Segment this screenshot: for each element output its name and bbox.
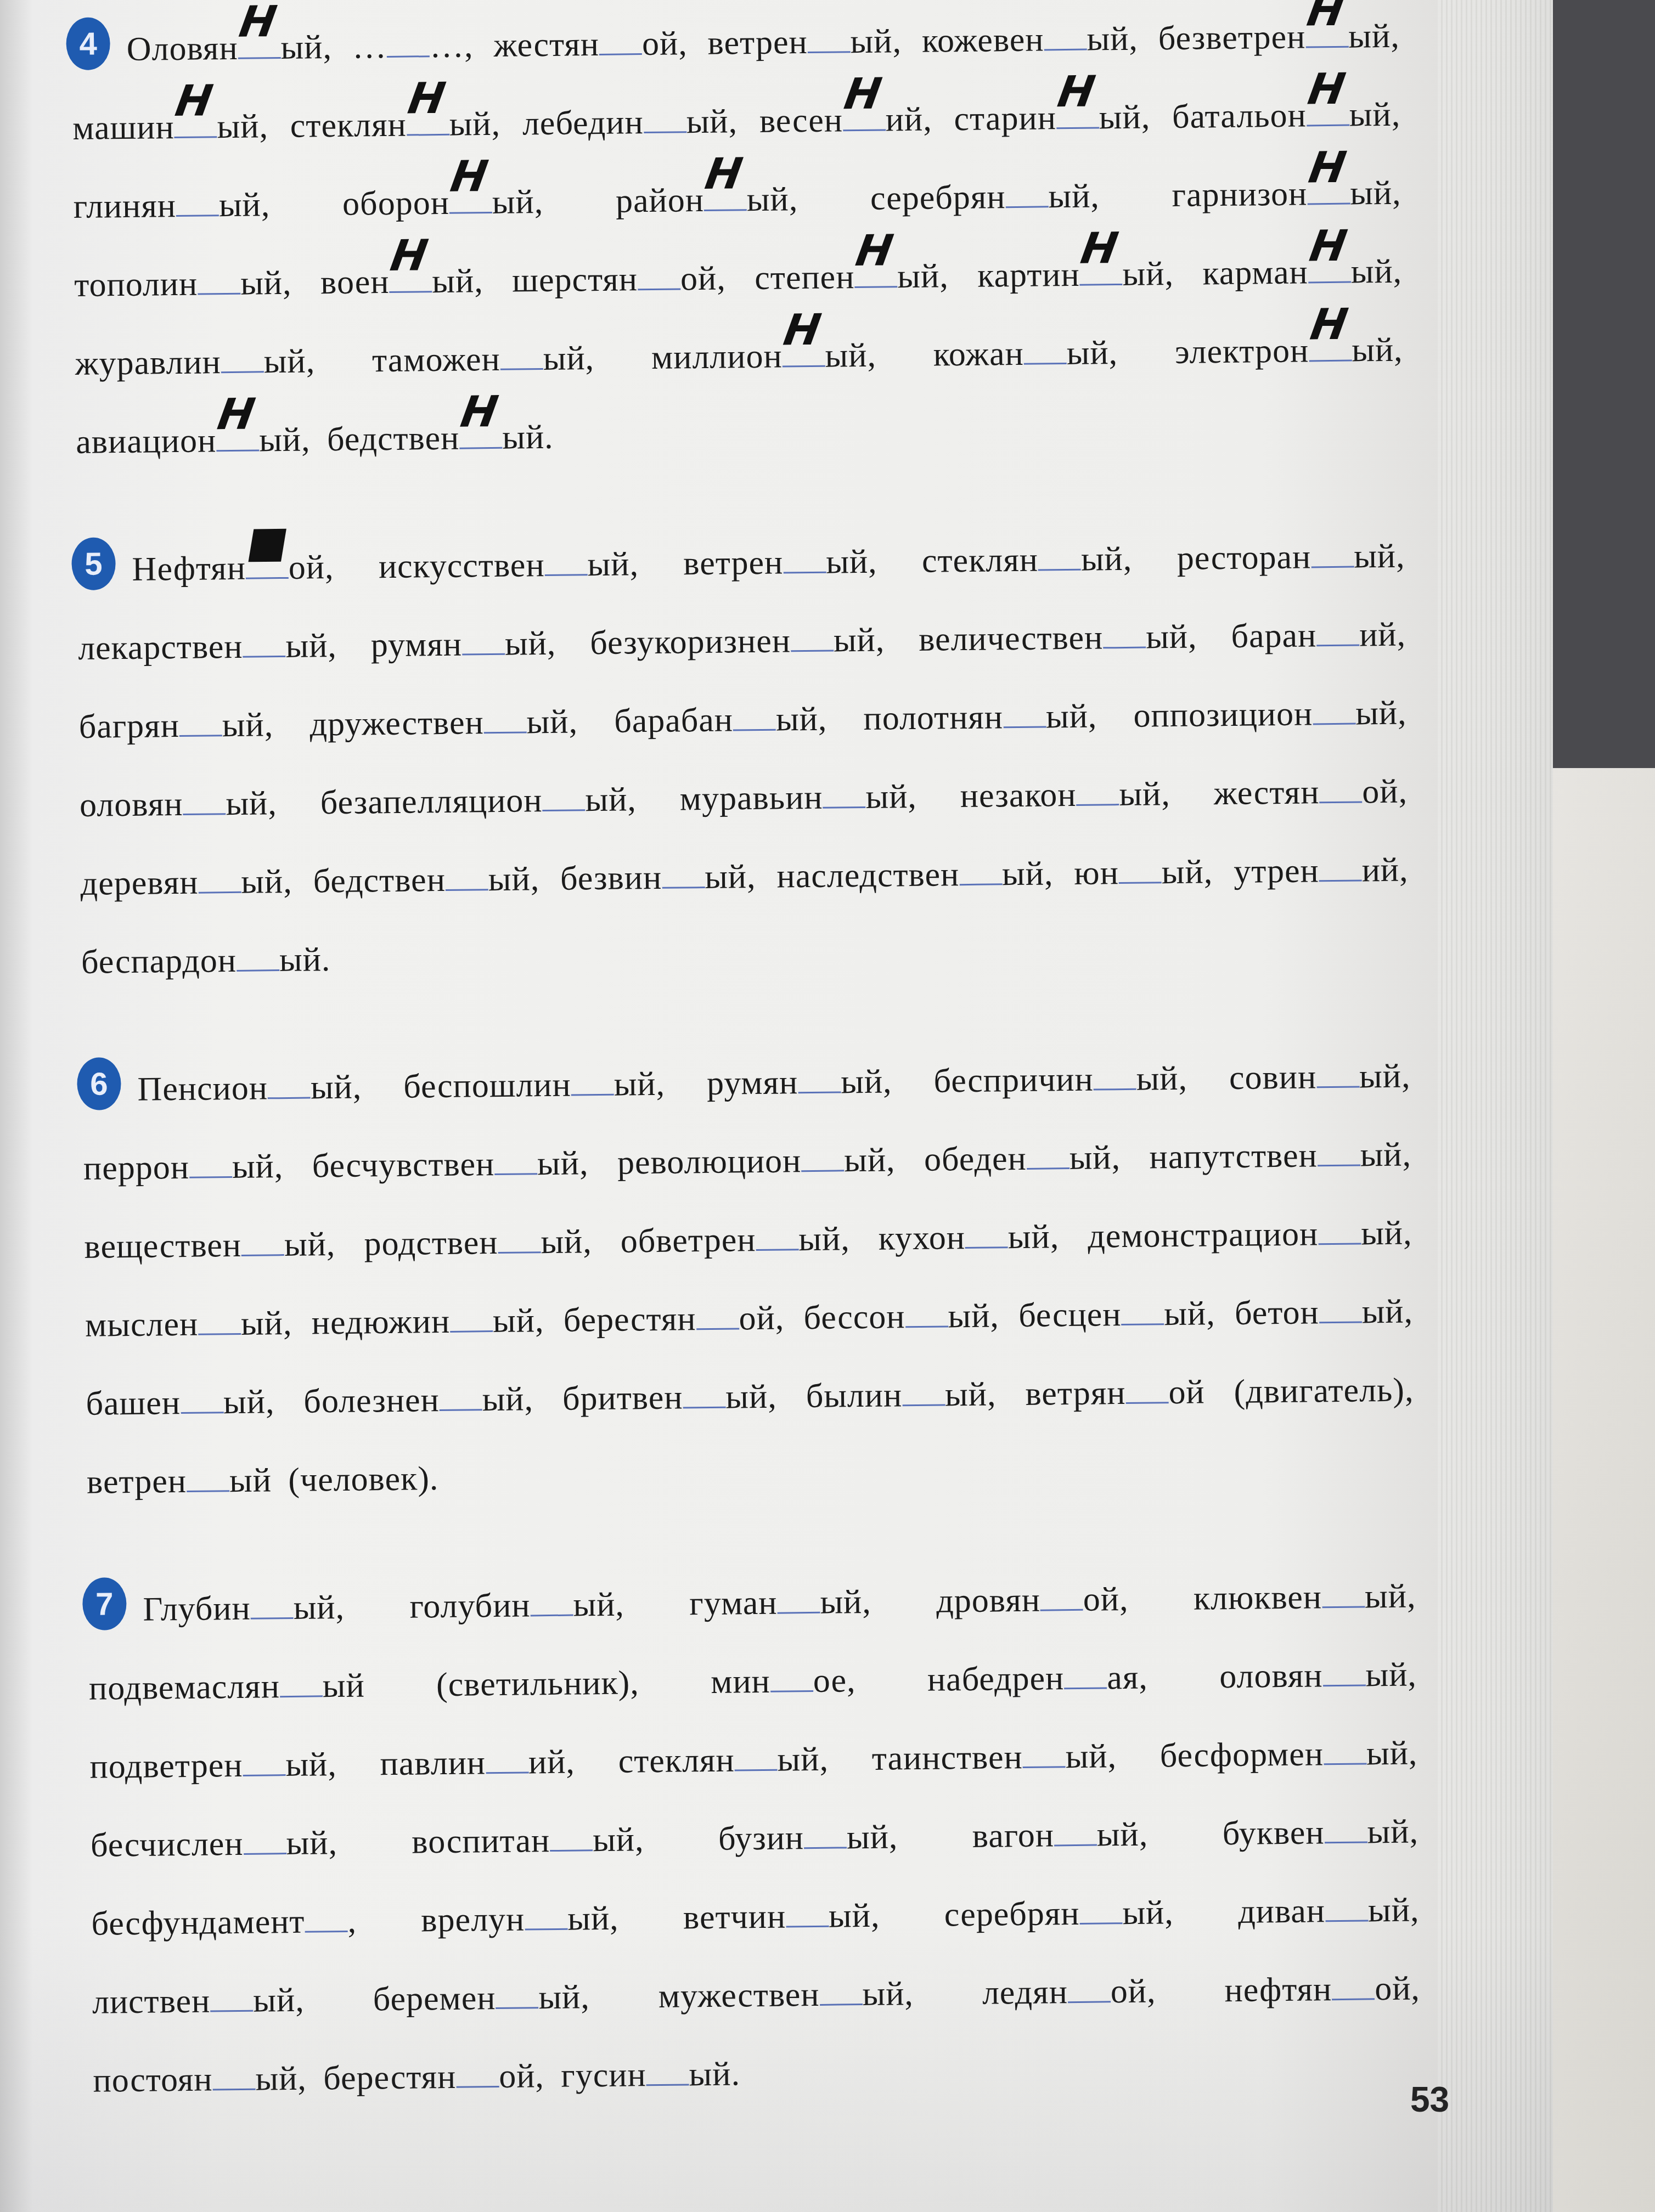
- exercise-word: глиняный: [73, 186, 261, 225]
- page-content: 4 ОловянНый, ……, жестяной, ветреный, кож…: [71, 0, 1422, 2170]
- fill-in-blank[interactable]: [243, 634, 285, 658]
- fill-in-blank[interactable]: [176, 193, 219, 217]
- exercise-word: гарнизонНый: [1172, 174, 1392, 214]
- exercise-number-badge: 4: [66, 17, 110, 70]
- exercise-word: вещественый: [84, 1226, 327, 1266]
- fill-in-blank[interactable]: [243, 1831, 286, 1855]
- handwritten-letter: Н: [700, 135, 749, 214]
- fill-in-blank[interactable]: [550, 1827, 593, 1852]
- exercise-word: тополиный: [74, 264, 283, 304]
- handwritten-letter: Н: [170, 62, 219, 141]
- exercise-word: берестяной: [323, 2057, 536, 2097]
- exercise-word: беспардоный.: [81, 941, 331, 981]
- exercise-word: клюквеный: [1194, 1578, 1408, 1617]
- fill-in-blank[interactable]: Н: [238, 35, 280, 59]
- fill-in-blank[interactable]: [1040, 1587, 1083, 1611]
- exercise-word: болезненый: [303, 1380, 525, 1420]
- handwritten-letter: Н: [850, 212, 899, 291]
- fill-in-blank[interactable]: [542, 787, 585, 811]
- fill-in-blank[interactable]: [902, 1382, 945, 1406]
- fill-in-blank[interactable]: [198, 271, 240, 295]
- exercise-word: картинНый: [977, 255, 1165, 295]
- textbook-page: 4 ОловянНый, ……, жестяной, ветреный, кож…: [0, 0, 1553, 2212]
- fill-in-blank[interactable]: [221, 349, 264, 373]
- exercise-word: ОловянНый: [126, 29, 323, 68]
- fill-in-blank[interactable]: [1125, 1380, 1168, 1404]
- exercise-word: искусственый: [379, 545, 630, 585]
- exercise-word: старинНый: [954, 99, 1141, 138]
- exercise-word: лебединый: [522, 103, 729, 142]
- exercise-word: дровяной: [936, 1581, 1120, 1620]
- exercise-word: стекляный: [922, 540, 1123, 580]
- fill-in-blank[interactable]: Н: [389, 269, 432, 293]
- fill-in-blank[interactable]: [1324, 1819, 1367, 1843]
- exercise-word: безукоризненый: [590, 622, 876, 662]
- exercise-word: бесчисленый: [91, 1824, 329, 1864]
- exercise-text: ОловянНый, ……, жестяной, ветреный, кожев…: [71, 0, 1404, 482]
- fill-in-blank[interactable]: Н: [843, 107, 886, 131]
- exercise-word: районНый: [616, 180, 789, 219]
- exercise-word: бетоный: [1235, 1293, 1404, 1332]
- fill-in-blank[interactable]: [241, 1232, 284, 1256]
- handwritten-letter: Н: [1303, 207, 1353, 286]
- exercise-word: лиственый: [92, 1982, 296, 2021]
- exercise-word: степенНый: [755, 257, 940, 297]
- exercise-word: полотняный: [863, 698, 1088, 737]
- exercise-word: совиный: [1229, 1058, 1402, 1097]
- exercise-word: авиационНый: [76, 421, 302, 461]
- fill-in-blank[interactable]: [801, 1148, 844, 1172]
- exercise-word: гуманый: [689, 1583, 863, 1622]
- exercise-word: оловяный: [80, 785, 268, 824]
- exercise-text: Глубиный, голубиный, гуманый, дровяной, …: [88, 1558, 1421, 2120]
- handwritten-letter: Н: [778, 291, 827, 370]
- fill-in-blank[interactable]: [786, 1904, 829, 1928]
- exercise-word: вагоный: [972, 1816, 1139, 1855]
- exercise-word: демонстрационый: [1088, 1215, 1403, 1255]
- exercise-word: румяный: [707, 1063, 883, 1102]
- fill-in-blank[interactable]: Н: [854, 264, 897, 288]
- exercise-word: машинНый: [72, 108, 260, 147]
- exercise-word: барабаный: [614, 701, 818, 740]
- fill-in-blank[interactable]: Н: [1309, 338, 1352, 362]
- exercise-word: журавлиный: [75, 343, 306, 382]
- fill-in-blank[interactable]: [1319, 779, 1362, 803]
- exercise-word: утрений: [1234, 851, 1400, 890]
- exercise-word: лекарственый: [78, 627, 328, 667]
- exercise-text: Пенсионый, беспошлиный, румяный, бесприч…: [82, 1037, 1415, 1522]
- fill-in-blank[interactable]: Н: [1307, 103, 1349, 127]
- fill-in-blank[interactable]: [450, 1308, 493, 1333]
- handwritten-letter: Н: [445, 138, 494, 217]
- exercise-word: бесценый: [1018, 1295, 1207, 1334]
- exercise-word: безапелляционый: [320, 781, 627, 821]
- exercise-word: обветреный: [621, 1220, 841, 1260]
- exercise-word: диваный: [1238, 1892, 1410, 1931]
- handwritten-letter: Н: [1304, 286, 1354, 365]
- fill-in-blank[interactable]: [1332, 1976, 1375, 2000]
- exercise-word: таинственый: [871, 1737, 1107, 1777]
- fill-in-blank[interactable]: [734, 1747, 777, 1771]
- fill-in-blank[interactable]: [807, 29, 850, 53]
- exercise-word: дружественый: [309, 703, 569, 743]
- fill-in-blank[interactable]: [1064, 1665, 1107, 1689]
- fill-in-blank[interactable]: [181, 1390, 223, 1414]
- fill-in-blank[interactable]: [486, 1750, 528, 1774]
- fill-in-blank[interactable]: Н: [1079, 262, 1122, 286]
- exercise-word: бузиный: [718, 1819, 890, 1858]
- exercise-word: жестяной: [1213, 773, 1398, 812]
- fill-in-blank[interactable]: [1325, 1898, 1368, 1922]
- fill-in-blank[interactable]: [530, 1593, 573, 1617]
- fill-in-blank[interactable]: Н: [459, 425, 502, 449]
- exercise-word: ветчиный: [683, 1897, 871, 1937]
- fill-in-blank[interactable]: [243, 1752, 285, 1776]
- fill-in-blank[interactable]: [1311, 544, 1354, 568]
- fill-in-blank[interactable]: [965, 1224, 1008, 1249]
- exercise-5: 5 Нефтян■ой, искусственый, ветреный, сте…: [77, 517, 1410, 1002]
- fill-in-blank[interactable]: [823, 785, 865, 809]
- exercise-word: беременый: [373, 1978, 581, 2018]
- exercise-number-badge: 5: [71, 537, 116, 590]
- fill-in-blank[interactable]: [210, 1988, 253, 2012]
- exercise-word: мысленый: [85, 1305, 284, 1344]
- handwritten-letter: Н: [838, 55, 888, 134]
- fill-in-blank[interactable]: [498, 1229, 541, 1254]
- fill-in-blank[interactable]: [571, 1072, 613, 1096]
- fill-in-blank[interactable]: [1022, 1744, 1065, 1768]
- fill-in-blank[interactable]: [662, 865, 705, 889]
- fill-in-blank[interactable]: [1103, 625, 1146, 649]
- handwritten-letter: Н: [402, 60, 451, 139]
- fill-in-blank[interactable]: Н: [1056, 105, 1099, 129]
- exercise-word: беспошлиный: [403, 1065, 656, 1105]
- exercise-word: безвиный: [560, 858, 747, 898]
- exercise-word: жестяной: [493, 25, 678, 64]
- exercise-6: 6 Пенсионый, беспошлиный, румяный, беспр…: [82, 1037, 1415, 1522]
- fill-in-blank[interactable]: Н: [449, 190, 492, 214]
- fill-in-blank[interactable]: [638, 266, 680, 290]
- fill-in-blank[interactable]: [599, 31, 642, 55]
- fill-in-blank[interactable]: [1313, 701, 1355, 725]
- fill-in-blank[interactable]: [250, 1595, 293, 1620]
- exercise-word: кухоный: [878, 1218, 1050, 1257]
- exercise-word: голубиный: [409, 1586, 616, 1626]
- fill-in-blank[interactable]: [783, 550, 826, 574]
- fill-in-blank[interactable]: [387, 33, 430, 58]
- fill-in-blank[interactable]: [525, 1906, 567, 1931]
- exercise-word: недюжиный: [311, 1302, 535, 1341]
- exercise-word: наследственый: [776, 855, 1044, 895]
- fill-in-blank[interactable]: Н: [1308, 259, 1351, 284]
- exercise-word: величественый: [919, 618, 1189, 658]
- handwritten-letter: Н: [385, 217, 434, 296]
- fill-in-blank[interactable]: Н: [1305, 24, 1348, 48]
- fill-in-blank[interactable]: [905, 1304, 948, 1328]
- exercise-word: шерстяной: [512, 260, 717, 300]
- exercise-word: ветреный (человек).: [87, 1460, 439, 1501]
- exercise-word: юный: [1074, 853, 1204, 891]
- fill-in-blank[interactable]: [1322, 1662, 1365, 1686]
- fill-in-blank[interactable]: [1079, 1900, 1122, 1925]
- fill-in-blank[interactable]: [544, 552, 587, 576]
- exercise-word: революционый: [617, 1142, 887, 1182]
- exercise-word: Глубиный: [143, 1589, 336, 1628]
- exercise-word: Пенсионый: [137, 1069, 353, 1108]
- fill-in-blank[interactable]: [187, 1468, 229, 1492]
- fill-in-blank[interactable]: [756, 1227, 798, 1251]
- exercise-word: мужественый: [658, 1975, 904, 2015]
- exercise-word: бесформеный: [1159, 1735, 1409, 1775]
- fill-in-blank[interactable]: [1068, 1979, 1111, 2003]
- fill-in-blank[interactable]: [456, 2064, 499, 2088]
- exercise-word: стекляный: [618, 1741, 819, 1780]
- fill-in-blank[interactable]: [1076, 782, 1119, 806]
- exercise-word: багряный: [78, 706, 264, 746]
- exercise-word: подвемасляный (светильник): [89, 1664, 631, 1707]
- fill-in-blank[interactable]: [1316, 1064, 1359, 1088]
- exercise-word: электронНый: [1175, 331, 1394, 371]
- handwritten-letter: Н: [233, 0, 283, 62]
- exercise-word: карманНый: [1202, 253, 1393, 292]
- fill-in-blank[interactable]: [446, 867, 488, 891]
- fill-in-blank[interactable]: [798, 1069, 841, 1093]
- fill-in-blank[interactable]: [1322, 1584, 1365, 1608]
- exercise-word: серебряный: [944, 1894, 1165, 1933]
- fill-in-blank[interactable]: [494, 1151, 537, 1175]
- exercise-word: врелуный: [421, 1900, 610, 1939]
- exercise-word: оборонНый: [342, 183, 534, 223]
- handwritten-letter: ■: [241, 503, 295, 582]
- page-stack-edge: [1438, 0, 1553, 2212]
- fill-in-blank[interactable]: Н: [704, 187, 747, 211]
- fill-in-blank[interactable]: [959, 861, 1002, 885]
- exercise-word: кожаный: [933, 334, 1110, 373]
- exercise-number-badge: 6: [77, 1057, 121, 1110]
- fill-in-blank[interactable]: ■: [246, 555, 289, 579]
- fill-in-blank[interactable]: [183, 791, 226, 815]
- fill-in-blank[interactable]: [189, 1154, 232, 1178]
- exercise-word: ледяной: [982, 1973, 1147, 2012]
- fill-in-blank[interactable]: [439, 1387, 482, 1411]
- exercise-word: миное: [711, 1662, 847, 1701]
- fill-in-blank[interactable]: [237, 947, 279, 972]
- exercise-4: 4 ОловянНый, ……, жестяной, ветреный, кож…: [71, 0, 1404, 482]
- exercise-word: военНый: [320, 262, 475, 301]
- handwritten-letter: Н: [455, 373, 504, 452]
- handwritten-letter: Н: [1075, 210, 1124, 289]
- fill-in-blank[interactable]: [1121, 1301, 1164, 1325]
- fill-in-blank[interactable]: [1094, 1066, 1136, 1091]
- fill-in-blank[interactable]: [305, 1909, 347, 1933]
- exercise-word: румяный: [370, 625, 547, 664]
- fill-in-blank[interactable]: [1316, 622, 1359, 646]
- exercise-word: обеденый: [924, 1139, 1112, 1178]
- fill-in-blank[interactable]: [500, 346, 543, 370]
- exercise-word: бессоный: [803, 1297, 990, 1337]
- exercise-word: муравьиный: [680, 778, 908, 817]
- exercise-word: весенНий: [759, 101, 924, 140]
- exercise-word: подветреный: [89, 1746, 328, 1786]
- page-number: 53: [1410, 2079, 1449, 2120]
- fill-in-blank[interactable]: [1319, 1300, 1361, 1324]
- exercise-word: гусиный.: [561, 2055, 740, 2094]
- exercise-word: незаконый: [960, 775, 1162, 815]
- fill-in-blank[interactable]: [1054, 1822, 1097, 1847]
- exercise-word: серебряный: [870, 178, 1091, 217]
- exercise-word: батальонНый: [1172, 96, 1392, 136]
- fill-in-blank[interactable]: [696, 1306, 739, 1330]
- fill-in-blank[interactable]: [777, 1590, 820, 1614]
- exercise-word: ветряной (двигатель): [1025, 1372, 1405, 1413]
- exercise-word: рестораный: [1176, 538, 1396, 577]
- exercise-number-badge: 7: [82, 1577, 127, 1630]
- fill-in-blank[interactable]: [770, 1668, 813, 1692]
- exercise-word: бедственый: [313, 860, 531, 900]
- exercise-word: берестяной: [563, 1300, 775, 1339]
- fill-in-blank[interactable]: [1024, 341, 1067, 365]
- fill-in-blank[interactable]: [1003, 704, 1046, 728]
- exercise-word: ветреный: [683, 543, 869, 583]
- fill-in-blank[interactable]: [212, 2067, 255, 2091]
- exercise-word: бесчувственый: [312, 1144, 579, 1184]
- handwritten-letter: Н: [212, 375, 261, 454]
- exercise-word: башеный: [86, 1383, 266, 1422]
- fill-in-blank[interactable]: [1318, 1221, 1361, 1245]
- handwritten-letter: Н: [1052, 53, 1101, 132]
- fill-in-blank[interactable]: [198, 870, 241, 894]
- fill-in-blank[interactable]: [804, 1825, 847, 1849]
- fill-in-blank[interactable]: [791, 628, 834, 652]
- exercise-word: воспитаный: [412, 1821, 635, 1860]
- exercise-word: былиный: [806, 1376, 987, 1415]
- fill-in-blank[interactable]: [1317, 1143, 1360, 1167]
- exercise-7: 7 Глубиный, голубиный, гуманый, дровяной…: [88, 1558, 1421, 2120]
- fill-in-blank[interactable]: [268, 1075, 311, 1099]
- exercise-word: беспричиный: [933, 1060, 1179, 1100]
- fill-in-blank[interactable]: [496, 1985, 538, 2009]
- fill-in-blank[interactable]: Н: [407, 112, 449, 136]
- exercise-word: нефтяной: [1224, 1970, 1411, 2010]
- fill-in-blank[interactable]: [819, 1982, 862, 2006]
- fill-in-blank[interactable]: [462, 631, 505, 656]
- fill-in-blank[interactable]: [644, 109, 686, 133]
- fill-in-blank[interactable]: [733, 707, 776, 731]
- exercise-word: набедреная: [927, 1659, 1139, 1699]
- fill-in-blank[interactable]: [1044, 27, 1087, 51]
- handwritten-letter: Н: [1303, 129, 1352, 208]
- exercise-word: перроный: [83, 1148, 274, 1187]
- exercise-word: миллионНый: [651, 337, 868, 376]
- fill-in-blank[interactable]: [1005, 184, 1048, 208]
- handwritten-letter: Н: [1302, 50, 1351, 129]
- fill-in-blank[interactable]: Н: [174, 114, 217, 138]
- fill-in-blank[interactable]: Н: [782, 343, 825, 368]
- fill-in-blank[interactable]: [646, 2062, 689, 2086]
- fill-in-blank[interactable]: [1027, 1145, 1069, 1170]
- exercise-word: родственый: [364, 1223, 583, 1262]
- exercise-word: буквеный: [1222, 1813, 1409, 1853]
- fill-in-blank[interactable]: [1324, 1741, 1366, 1765]
- fill-in-blank[interactable]: [280, 1673, 323, 1697]
- handwritten-letter: Н: [1301, 0, 1350, 51]
- exercise-word: оловяный: [1219, 1656, 1408, 1696]
- exercise-word: напутственый: [1149, 1136, 1403, 1176]
- exercise-text: Нефтян■ой, искусственый, ветреный, стекл…: [77, 517, 1410, 1002]
- exercise-word: бедственНый.: [327, 419, 554, 458]
- exercise-word: оппозиционый: [1133, 695, 1398, 735]
- fill-in-blank[interactable]: [1319, 857, 1361, 882]
- fill-in-blank[interactable]: Н: [216, 427, 259, 452]
- fill-in-blank[interactable]: Н: [1307, 181, 1350, 205]
- exercise-word: бритвеный: [562, 1378, 768, 1418]
- exercise-word: павлиний: [380, 1743, 566, 1783]
- exercise-word: деревяный: [80, 863, 283, 902]
- exercise-word: Нефтян■ой: [132, 549, 325, 588]
- exercise-word: постояный: [93, 2060, 298, 2100]
- fill-in-blank[interactable]: [683, 1385, 725, 1409]
- exercise-word: безветренНый: [1158, 18, 1391, 57]
- fill-in-blank[interactable]: [198, 1311, 241, 1335]
- fill-in-blank[interactable]: [1038, 547, 1081, 571]
- exercise-word: бараний: [1231, 616, 1397, 655]
- fill-in-blank[interactable]: [1119, 860, 1162, 884]
- fill-in-blank[interactable]: [179, 713, 222, 737]
- exercise-word: бесфундамент: [91, 1903, 348, 1943]
- fill-in-blank[interactable]: [483, 709, 526, 733]
